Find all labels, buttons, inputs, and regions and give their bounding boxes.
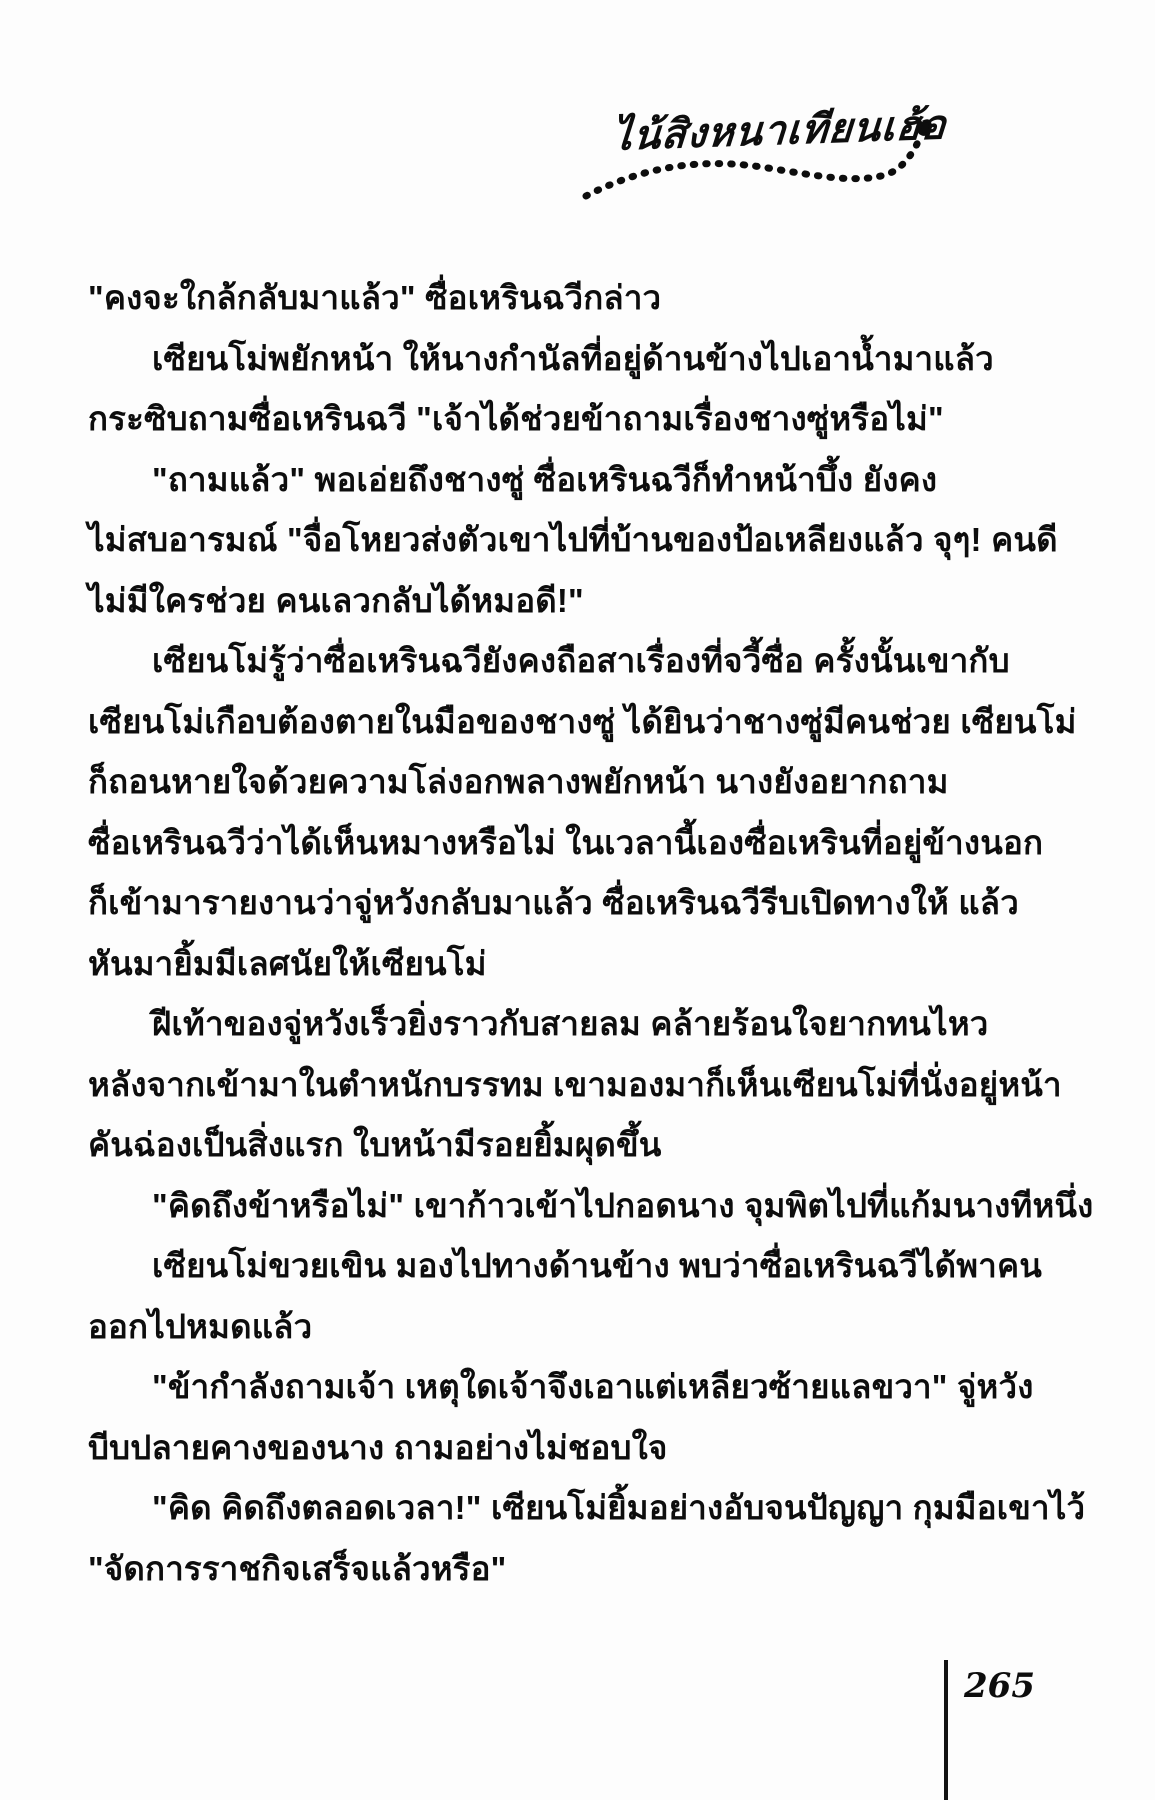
- text-line: ก็ถอนหายใจด้วยความโล่งอกพลางพยักหน้า นาง…: [88, 752, 1068, 813]
- text-line: เซียนโม่เกือบต้องตายในมือของชางซู่ ได้ยิ…: [88, 692, 1068, 753]
- text-line: ไม่สบอารมณ์ "จื่อโหยวส่งตัวเขาไปที่บ้านข…: [88, 510, 1068, 571]
- text-line: คันฉ่องเป็นสิ่งแรก ใบหน้ามีรอยยิ้มผุดขึ้…: [88, 1115, 1068, 1176]
- text-line: ซื่อเหรินฉวีว่าได้เห็นหมางหรือไม่ ในเวลา…: [88, 813, 1068, 874]
- body-text-block: "คงจะใกล้กลับมาแล้ว" ซื่อเหรินฉวีกล่าว เ…: [88, 268, 1068, 1599]
- text-line: ฝีเท้าของจู่หวังเร็วยิ่งราวกับสายลม คล้า…: [88, 994, 1068, 1055]
- book-page: ไน้สิงหนาเทียนเฮ้อ "คงจะใกล้กลับมาแล้ว" …: [0, 0, 1155, 1800]
- text-line: เซียนโม่ขวยเขิน มองไปทางด้านข้าง พบว่าซื…: [88, 1236, 1068, 1297]
- text-line: "ถามแล้ว" พอเอ่ยถึงชางซู่ ซื่อเหรินฉวีก็…: [88, 450, 1068, 511]
- dotted-swoosh-decoration: [578, 112, 950, 204]
- text-line: เซียนโม่พยักหน้า ให้นางกำนัลที่อยู่ด้านข…: [88, 329, 1068, 390]
- swoosh-end-dot: [919, 121, 930, 135]
- page-number-rule: [944, 1660, 948, 1800]
- page-number: 265: [964, 1666, 1035, 1706]
- text-line: กระซิบถามซื่อเหรินฉวี "เจ้าได้ช่วยข้าถาม…: [88, 389, 1068, 450]
- text-line: "คิด คิดถึงตลอดเวลา!" เซียนโม่ยิ้มอย่างอ…: [88, 1478, 1068, 1539]
- text-line: หันมายิ้มมีเลศนัยให้เซียนโม่: [88, 934, 1068, 995]
- text-line: เซียนโม่รู้ว่าซื่อเหรินฉวียังคงถือสาเรื่…: [88, 631, 1068, 692]
- text-line: ไม่มีใครช่วย คนเลวกลับได้หมอดี!": [88, 571, 1068, 632]
- text-line: บีบปลายคางของนาง ถามอย่างไม่ชอบใจ: [88, 1418, 1068, 1479]
- text-line: "ข้ากำลังถามเจ้า เหตุใดเจ้าจึงเอาแต่เหลี…: [88, 1357, 1068, 1418]
- text-line: หลังจากเข้ามาในตำหนักบรรทม เขามองมาก็เห็…: [88, 1055, 1068, 1116]
- text-line: "คิดถึงข้าหรือไม่" เขาก้าวเข้าไปกอดนาง จ…: [88, 1176, 1068, 1237]
- text-line: ออกไปหมดแล้ว: [88, 1297, 1068, 1358]
- text-line: ก็เข้ามารายงานว่าจู่หวังกลับมาแล้ว ซื่อเ…: [88, 873, 1068, 934]
- text-line: "จัดการราชกิจเสร็จแล้วหรือ": [88, 1539, 1068, 1600]
- text-line: "คงจะใกล้กลับมาแล้ว" ซื่อเหรินฉวีกล่าว: [88, 268, 1068, 329]
